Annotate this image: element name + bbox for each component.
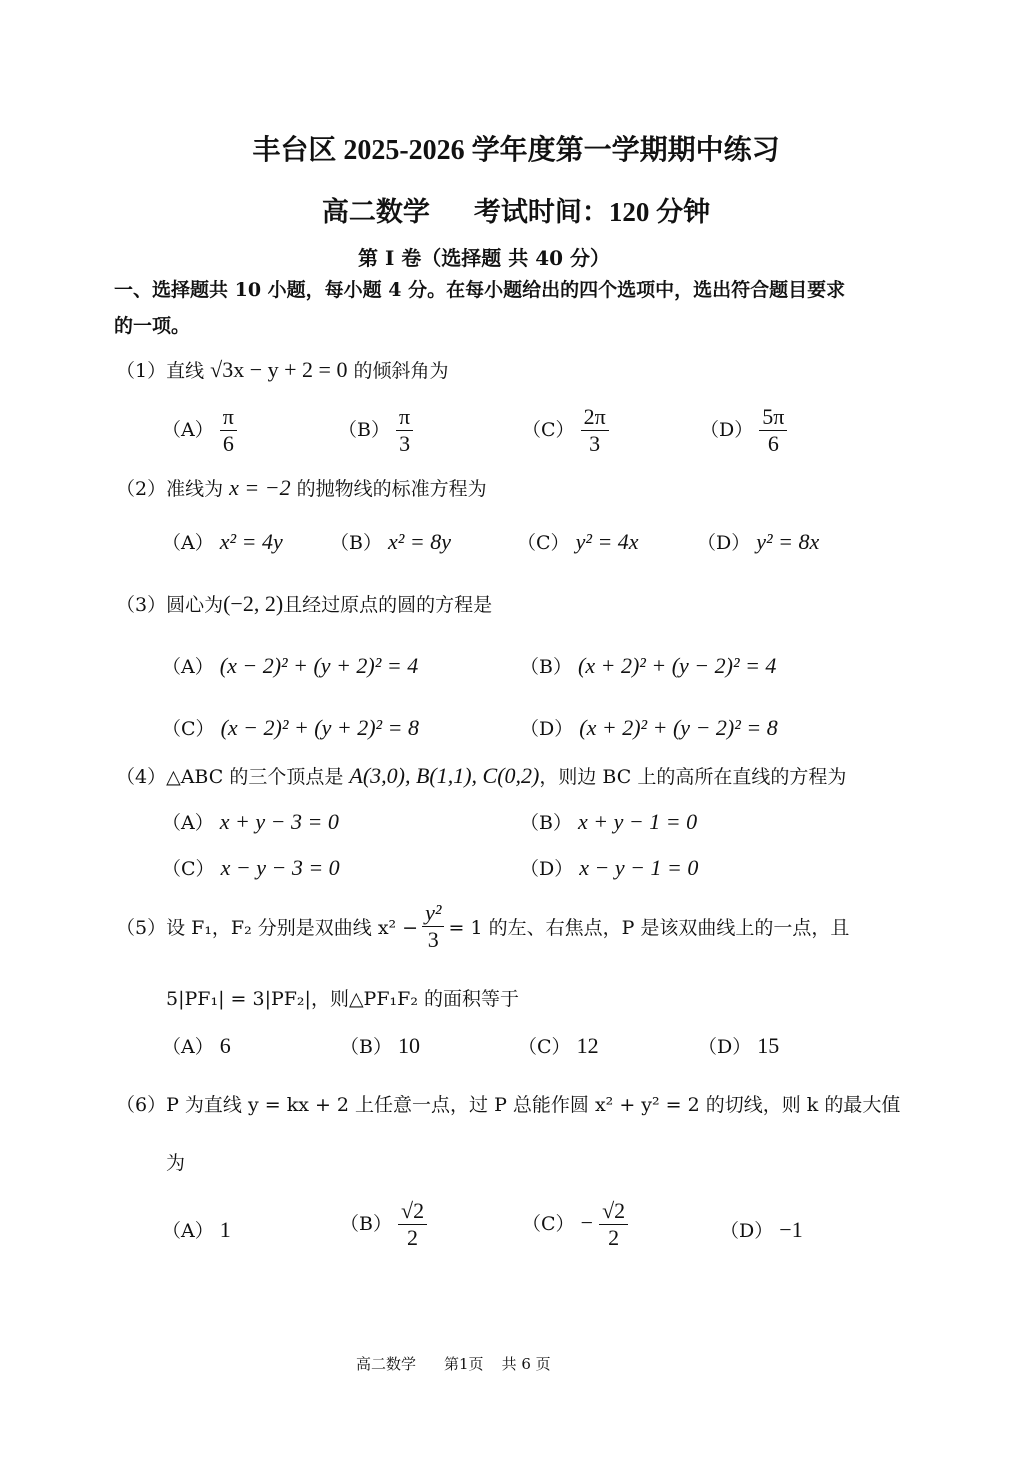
q6-option-d: （D） −1 [720, 1216, 803, 1243]
footer-page-number: 第1页 [444, 1355, 484, 1373]
question-2-stem: （2）准线为 x = −2 的抛物线的标准方程为 [116, 474, 487, 501]
q1-option-c: （C） 2π3 [522, 404, 609, 458]
sign: − [581, 1210, 593, 1235]
option-math: (x − 2)² + (y + 2)² = 4 [220, 653, 418, 678]
q6-option-c: （C） − √22 [522, 1198, 628, 1252]
option-label: （C） [522, 419, 575, 441]
numerator: √2 [398, 1198, 427, 1225]
option-value: −1 [779, 1217, 802, 1242]
stem-text: 且经过原点的圆的方程是 [283, 594, 492, 616]
numerator: √2 [599, 1198, 628, 1225]
stem-text: 设 F₁，F₂ 分别是双曲线 x² − [166, 913, 418, 940]
q2-option-d: （D） y² = 8x [697, 528, 819, 555]
option-label: （D） [698, 1036, 751, 1058]
fraction: y²3 [422, 900, 444, 954]
numerator: π [396, 404, 413, 431]
option-math: (x − 2)² + (y + 2)² = 8 [221, 715, 419, 740]
denominator: 2 [404, 1225, 421, 1251]
stem-math: (−2, 2) [223, 591, 283, 616]
stem-math: x = −2 [229, 475, 290, 500]
exam-subtitle: 高二数学考试时间：120 分钟 [0, 190, 1032, 229]
q3-option-a: （A） (x − 2)² + (y + 2)² = 4 [162, 652, 418, 679]
exam-time: 考试时间：120 分钟 [474, 197, 710, 227]
question-6-stem-cont: 为 [166, 1148, 185, 1175]
stem-math: A(3,0), B(1,1), C(0,2) [349, 763, 539, 788]
stem-text: 圆心为 [166, 594, 223, 616]
option-math: x + y − 1 = 0 [578, 809, 697, 834]
question-number: （4） [116, 766, 166, 788]
q3-option-d: （D） (x + 2)² + (y − 2)² = 8 [520, 714, 778, 741]
exam-title: 丰台区 2025-2026 学年度第一学期期中练习 [0, 128, 1032, 168]
q2-option-c: （C） y² = 4x [517, 528, 639, 555]
stem-text: P 为直线 y = kx + 2 上任意一点，过 P 总能作圆 x² + y² … [166, 1094, 900, 1116]
option-math: x² = 4y [220, 529, 283, 554]
fraction: √22 [398, 1198, 427, 1252]
option-label: （C） [162, 858, 215, 880]
option-label: （C） [162, 718, 215, 740]
q4-option-b: （B） x + y − 1 = 0 [520, 808, 697, 835]
option-label: （D） [520, 858, 573, 880]
q2-option-a: （A） x² = 4y [162, 528, 283, 555]
footer-subject: 高二数学 [356, 1355, 416, 1373]
stem-text: 直线 [166, 360, 204, 382]
q6-option-a: （A） 1 [162, 1216, 231, 1243]
q1-option-d: （D） 5π6 [700, 404, 787, 458]
option-value: 10 [398, 1033, 420, 1058]
question-3-stem: （3）圆心为(−2, 2)且经过原点的圆的方程是 [116, 590, 492, 617]
option-math: x − y − 1 = 0 [579, 855, 698, 880]
q4-option-d: （D） x − y − 1 = 0 [520, 854, 698, 881]
stem-text: 的抛物线的标准方程为 [297, 478, 487, 500]
question-number: （6） [116, 1094, 166, 1116]
option-label: （A） [162, 532, 214, 554]
option-math: x − y − 3 = 0 [221, 855, 340, 880]
question-5-stem-cont: 5|PF₁| = 3|PF₂|，则△PF₁F₂ 的面积等于 [166, 984, 519, 1011]
fraction: π3 [396, 404, 413, 458]
option-label: （A） [162, 656, 214, 678]
denominator: 3 [396, 431, 413, 457]
q6-option-b: （B） √22 [340, 1198, 427, 1252]
question-5-stem: （5）设 F₁，F₂ 分别是双曲线 x² − y²3 = 1 的左、右焦点，P … [116, 900, 849, 954]
option-math: (x + 2)² + (y − 2)² = 8 [579, 715, 777, 740]
denominator: 6 [765, 431, 782, 457]
denominator: 6 [220, 431, 237, 457]
option-label: （D） [697, 532, 750, 554]
q3-option-b: （B） (x + 2)² + (y − 2)² = 4 [520, 652, 776, 679]
option-label: （A） [162, 1220, 214, 1242]
denominator: 2 [605, 1225, 622, 1251]
q2-option-b: （B） x² = 8y [330, 528, 451, 555]
option-label: （C） [518, 1036, 571, 1058]
section-instructions: 一、选择题共 10 小题，每小题 4 分。在每小题给出的四个选项中，选出符合题目… [114, 275, 845, 302]
option-label: （B） [340, 1213, 392, 1235]
question-1-stem: （1）直线 √3x − y + 2 = 0 的倾斜角为 [116, 356, 449, 383]
numerator: π [220, 404, 237, 431]
fraction: π6 [220, 404, 237, 458]
denominator: 3 [425, 927, 442, 953]
q5-option-d: （D） 15 [698, 1032, 779, 1059]
numerator: y² [422, 900, 444, 927]
stem-text: = 1 的左、右焦点，P 是该双曲线上的一点，且 [448, 913, 849, 940]
q1-option-a: （A） π6 [162, 404, 237, 458]
q5-option-c: （C） 12 [518, 1032, 599, 1059]
q3-option-c: （C） (x − 2)² + (y + 2)² = 8 [162, 714, 419, 741]
stem-text: △ABC 的三个顶点是 [166, 766, 343, 788]
question-6-stem: （6）P 为直线 y = kx + 2 上任意一点，过 P 总能作圆 x² + … [116, 1090, 900, 1117]
question-4-stem: （4）△ABC 的三个顶点是 A(3,0), B(1,1), C(0,2)，则边… [116, 762, 846, 789]
option-label: （D） [700, 419, 753, 441]
question-number: （2） [116, 478, 166, 500]
option-math: x + y − 3 = 0 [220, 809, 339, 834]
stem-text: 准线为 [166, 478, 223, 500]
fraction: 2π3 [581, 404, 609, 458]
stem-text: ，则边 BC 上的高所在直线的方程为 [539, 766, 846, 788]
stem-math: √3x − y + 2 = 0 [210, 357, 347, 382]
page-footer: 高二数学第1页共 6 页 [356, 1353, 551, 1374]
option-label: （A） [162, 812, 214, 834]
question-number: （3） [116, 594, 166, 616]
option-value: 1 [220, 1217, 231, 1242]
question-number: （5） [116, 913, 166, 940]
numerator: 2π [581, 404, 609, 431]
q5-option-b: （B） 10 [340, 1032, 420, 1059]
q1-option-b: （B） π3 [338, 404, 413, 458]
option-label: （D） [520, 718, 573, 740]
option-math: (x + 2)² + (y − 2)² = 4 [578, 653, 776, 678]
option-math: x² = 8y [388, 529, 451, 554]
option-label: （B） [340, 1036, 392, 1058]
option-label: （A） [162, 1036, 214, 1058]
option-label: （B） [330, 532, 382, 554]
q4-option-c: （C） x − y − 3 = 0 [162, 854, 340, 881]
option-label: （C） [522, 1213, 575, 1235]
option-value: 12 [577, 1033, 599, 1058]
option-label: （D） [720, 1220, 773, 1242]
option-label: （A） [162, 419, 214, 441]
q4-option-a: （A） x + y − 3 = 0 [162, 808, 339, 835]
subject-label: 高二数学 [322, 197, 430, 227]
option-value: 6 [220, 1033, 231, 1058]
stem-text: 的倾斜角为 [354, 360, 449, 382]
option-label: （B） [520, 656, 572, 678]
option-value: 15 [757, 1033, 779, 1058]
section-instructions-cont: 的一项。 [114, 311, 190, 338]
footer-total-pages: 共 6 页 [502, 1355, 551, 1373]
option-label: （C） [517, 532, 570, 554]
volume-heading: 第 I 卷（选择题 共 40 分） [358, 242, 610, 271]
denominator: 3 [586, 431, 603, 457]
option-label: （B） [338, 419, 390, 441]
fraction: 5π6 [759, 404, 787, 458]
option-label: （B） [520, 812, 572, 834]
q5-option-a: （A） 6 [162, 1032, 231, 1059]
option-math: y² = 4x [576, 529, 639, 554]
numerator: 5π [759, 404, 787, 431]
option-math: y² = 8x [756, 529, 819, 554]
question-number: （1） [116, 360, 166, 382]
fraction: √22 [599, 1198, 628, 1252]
